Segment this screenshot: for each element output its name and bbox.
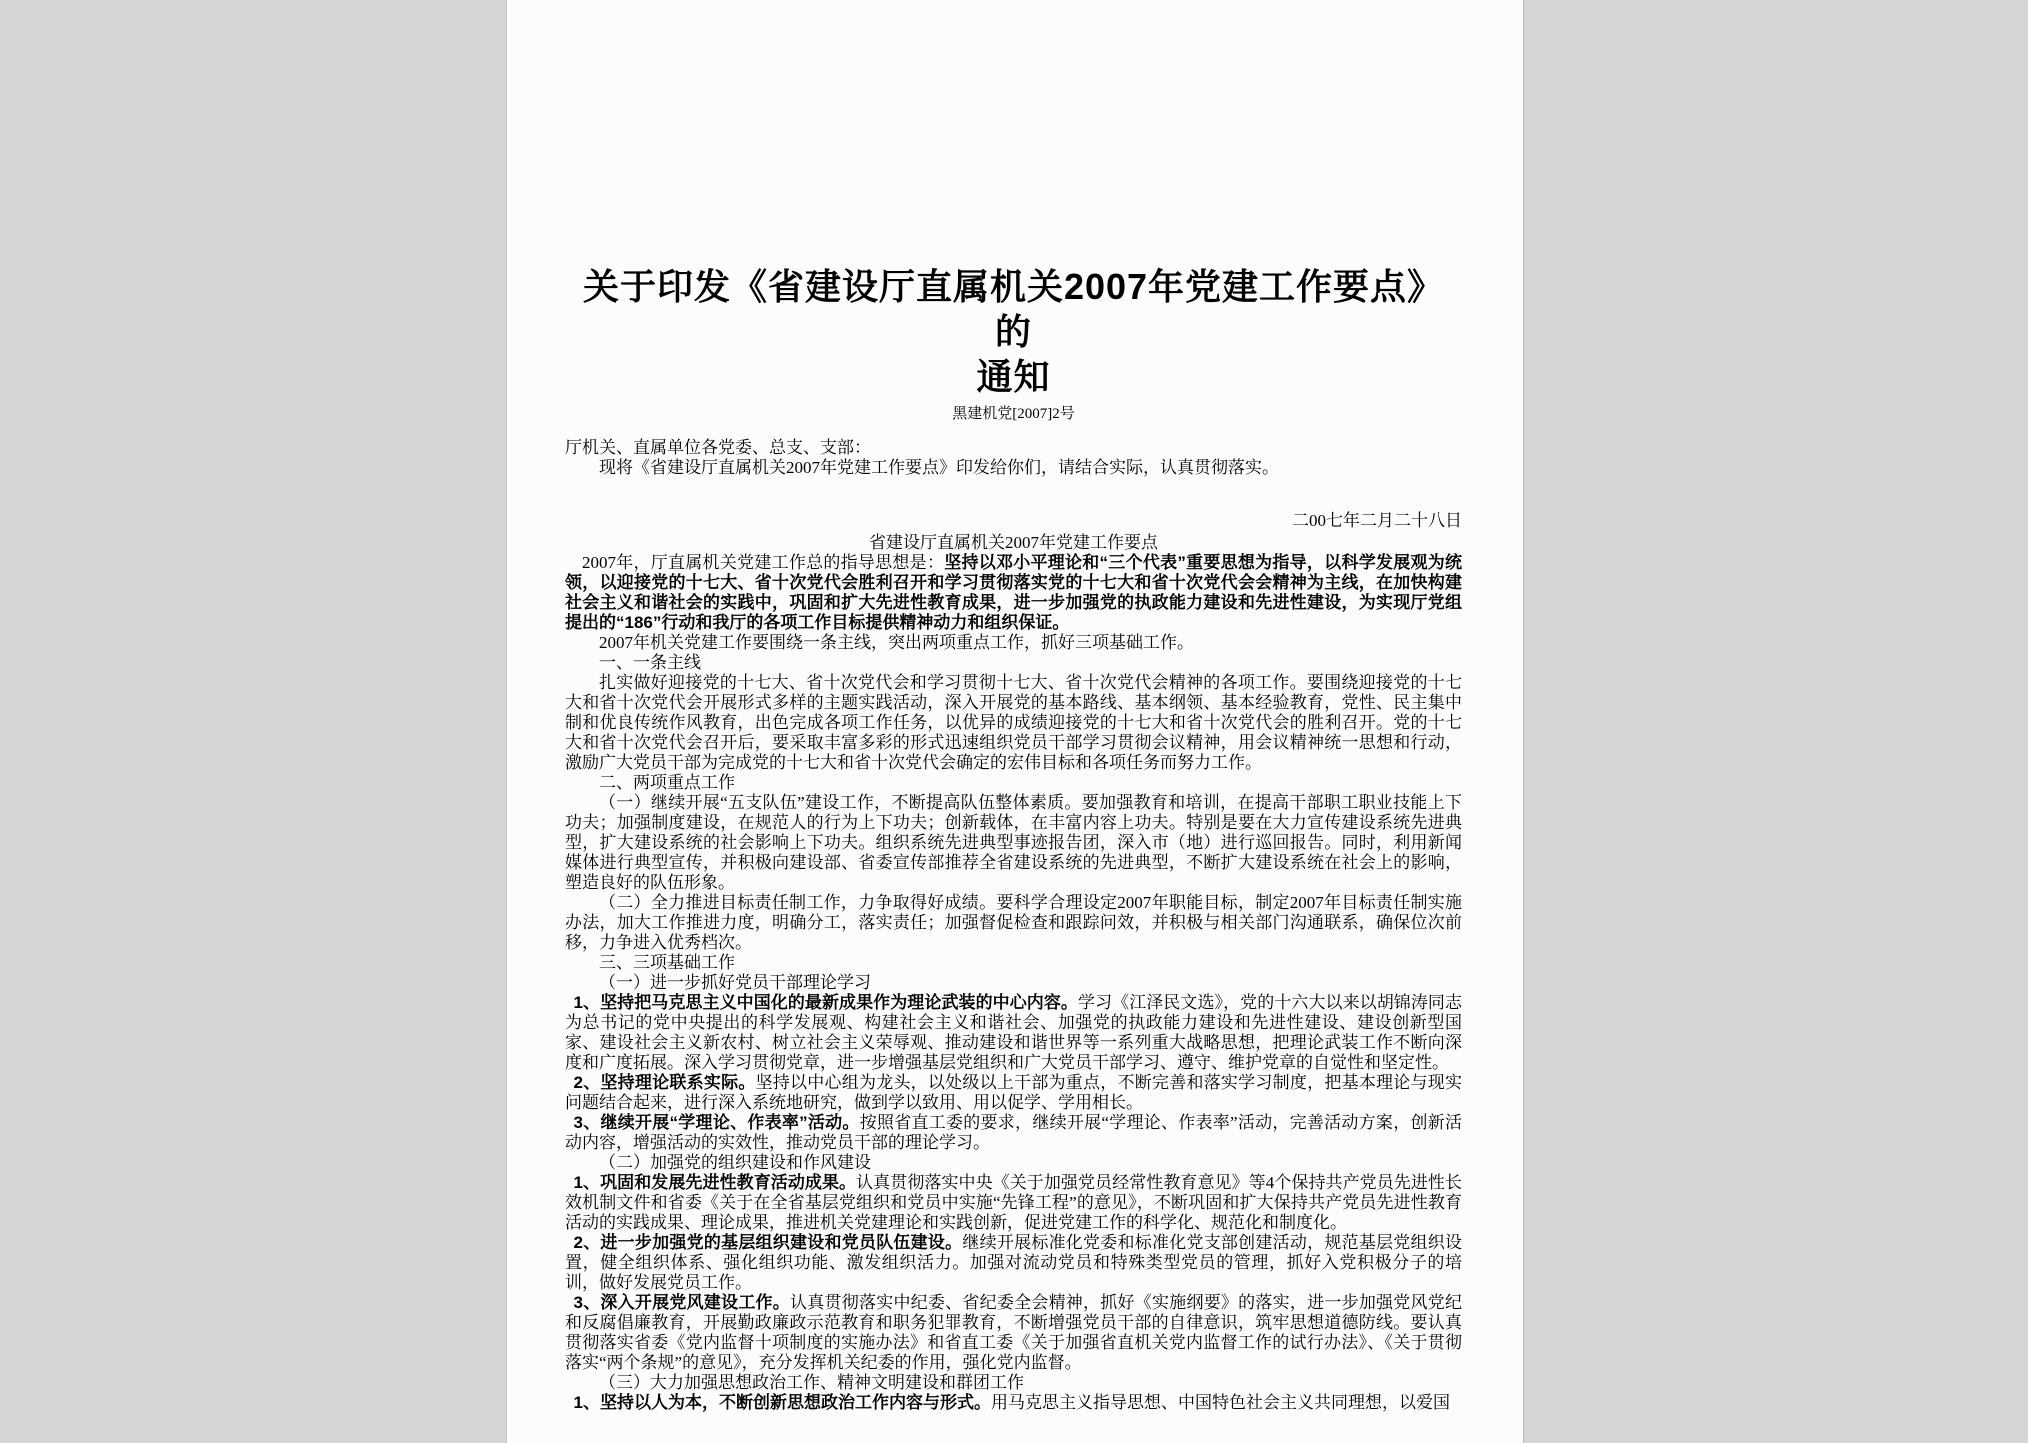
document-title: 关于印发《省建设厅直属机关2007年党建工作要点》的 通知 [565, 264, 1462, 399]
body-paragraph: 二、两项重点工作 [565, 773, 1462, 793]
document-body: 2007年，厅直属机关党建工作总的指导思想是：坚持以邓小平理论和“三个代表”重要… [565, 553, 1462, 1413]
intro-paragraph: 现将《省建设厅直属机关2007年党建工作要点》印发给你们，请结合实际，认真贯彻落… [565, 458, 1462, 478]
body-paragraph: 2007年，厅直属机关党建工作总的指导思想是：坚持以邓小平理论和“三个代表”重要… [565, 553, 1462, 633]
body-paragraph: 三、三项基础工作 [565, 953, 1462, 973]
issue-date: 二00七年二月二十八日 [565, 511, 1462, 531]
body-paragraph: （一）进一步抓好党员干部理论学习 [565, 973, 1462, 993]
body-paragraph: 2、坚持理论联系实际。坚持以中心组为龙头，以处级以上干部为重点，不断完善和落实学… [565, 1073, 1462, 1113]
body-paragraph: （二）全力推进目标责任制工作，力争取得好成绩。要科学合理设定2007年职能目标，… [565, 893, 1462, 953]
body-paragraph: 1、坚持以人为本，不断创新思想政治工作内容与形式。用马克思主义指导思想、中国特色… [565, 1393, 1462, 1413]
document-title-line2: 通知 [976, 356, 1050, 397]
body-paragraph: 1、坚持把马克思主义中国化的最新成果作为理论武装的中心内容。学习《江泽民文选》，… [565, 993, 1462, 1073]
document-title-line1: 关于印发《省建设厅直属机关2007年党建工作要点》的 [583, 266, 1444, 352]
body-paragraph: 3、继续开展“学理论、作表率”活动。按照省直工委的要求，继续开展“学理论、作表率… [565, 1113, 1462, 1153]
salutation: 厅机关、直属单位各党委、总支、支部： [565, 438, 1462, 458]
body-paragraph: 2、进一步加强党的基层组织建设和党员队伍建设。继续开展标准化党委和标准化党支部创… [565, 1233, 1462, 1293]
screenshot-root: { "colors": { "background": "#d5d5d5", "… [0, 0, 2028, 1443]
body-paragraph: 一、一条主线 [565, 653, 1462, 673]
body-paragraph: 扎实做好迎接党的十七大、省十次党代会和学习贯彻十七大、省十次党代会精神的各项工作… [565, 673, 1462, 773]
body-paragraph: 1、巩固和发展先进性教育活动成果。认真贯彻落实中央《关于加强党员经常性教育意见》… [565, 1173, 1462, 1233]
body-paragraph: （一）继续开展“五支队伍”建设工作，不断提高队伍整体素质。要加强教育和培训，在提… [565, 793, 1462, 893]
document-page: 关于印发《省建设厅直属机关2007年党建工作要点》的 通知 黑建机党[2007]… [506, 0, 1524, 1443]
body-paragraph: 2007年机关党建工作要围绕一条主线，突出两项重点工作，抓好三项基础工作。 [565, 633, 1462, 653]
body-paragraph: 3、深入开展党风建设工作。认真贯彻落实中纪委、省纪委全会精神，抓好《实施纲要》的… [565, 1293, 1462, 1373]
body-paragraph: （二）加强党的组织建设和作风建设 [565, 1153, 1462, 1173]
attachment-title: 省建设厅直属机关2007年党建工作要点 [565, 533, 1462, 553]
body-paragraph: （三）大力加强思想政治工作、精神文明建设和群团工作 [565, 1373, 1462, 1393]
document-number: 黑建机党[2007]2号 [565, 405, 1462, 423]
